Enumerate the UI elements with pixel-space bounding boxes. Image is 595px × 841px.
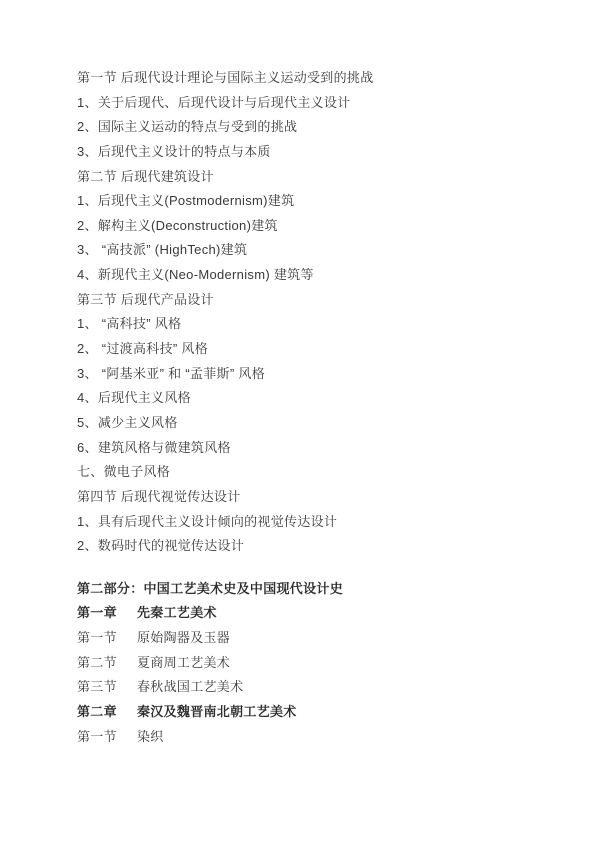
toc-line: 第四节 后现代视觉传达设计 xyxy=(77,485,555,510)
toc-heading-line: 第二章秦汉及魏晋南北朝工艺美术 xyxy=(77,700,555,725)
toc-line-title: 染织 xyxy=(137,729,164,744)
toc-line-title: 夏商周工艺美术 xyxy=(137,655,230,670)
toc-line: 3、 “高技派” (HighTech)建筑 xyxy=(77,238,555,263)
toc-line-title: 先秦工艺美术 xyxy=(137,605,217,620)
toc-line-label: 第二章 xyxy=(77,700,137,725)
toc-line: 第二节夏商周工艺美术 xyxy=(77,651,555,676)
toc-line: 1、后现代主义(Postmodernism)建筑 xyxy=(77,189,555,214)
toc-line: 七、微电子风格 xyxy=(77,460,555,485)
toc-line: 第二节 后现代建筑设计 xyxy=(77,165,555,190)
toc-line: 第一节 后现代设计理论与国际主义运动受到的挑战 xyxy=(77,66,555,91)
paragraph-spacer xyxy=(77,559,555,577)
document-page: 第一节 后现代设计理论与国际主义运动受到的挑战1、关于后现代、后现代设计与后现代… xyxy=(0,0,595,841)
toc-content: 第一节 后现代设计理论与国际主义运动受到的挑战1、关于后现代、后现代设计与后现代… xyxy=(0,0,595,749)
toc-line: 2、国际主义运动的特点与受到的挑战 xyxy=(77,115,555,140)
toc-line: 4、新现代主义(Neo-Modernism) 建筑等 xyxy=(77,263,555,288)
toc-heading-line: 第一章先秦工艺美术 xyxy=(77,601,555,626)
toc-line: 6、建筑风格与微建筑风格 xyxy=(77,436,555,461)
toc-line-label: 第一节 xyxy=(77,725,137,750)
toc-line: 第三节 后现代产品设计 xyxy=(77,288,555,313)
toc-line: 4、后现代主义风格 xyxy=(77,386,555,411)
toc-line-title: 原始陶器及玉器 xyxy=(137,630,230,645)
toc-line: 2、解构主义(Deconstruction)建筑 xyxy=(77,214,555,239)
toc-line: 1、关于后现代、后现代设计与后现代主义设计 xyxy=(77,91,555,116)
toc-line: 1、 “高科技” 风格 xyxy=(77,312,555,337)
toc-line: 3、后现代主义设计的特点与本质 xyxy=(77,140,555,165)
toc-line-label: 第一节 xyxy=(77,626,137,651)
toc-line-label: 第一章 xyxy=(77,601,137,626)
toc-line-label: 第三节 xyxy=(77,675,137,700)
toc-line: 5、减少主义风格 xyxy=(77,411,555,436)
toc-line: 2、数码时代的视觉传达设计 xyxy=(77,534,555,559)
toc-line-title: 春秋战国工艺美术 xyxy=(137,679,243,694)
toc-line-title: 秦汉及魏晋南北朝工艺美术 xyxy=(137,704,297,719)
toc-line: 3、 “阿基米亚” 和 “孟菲斯” 风格 xyxy=(77,362,555,387)
toc-line: 2、 “过渡高科技” 风格 xyxy=(77,337,555,362)
toc-line: 第一节染织 xyxy=(77,725,555,750)
toc-line: 第三节春秋战国工艺美术 xyxy=(77,675,555,700)
toc-line: 1、具有后现代主义设计倾向的视觉传达设计 xyxy=(77,510,555,535)
toc-line: 第一节原始陶器及玉器 xyxy=(77,626,555,651)
toc-heading-line: 第二部分：中国工艺美术史及中国现代设计史 xyxy=(77,577,555,602)
toc-line-label: 第二节 xyxy=(77,651,137,676)
